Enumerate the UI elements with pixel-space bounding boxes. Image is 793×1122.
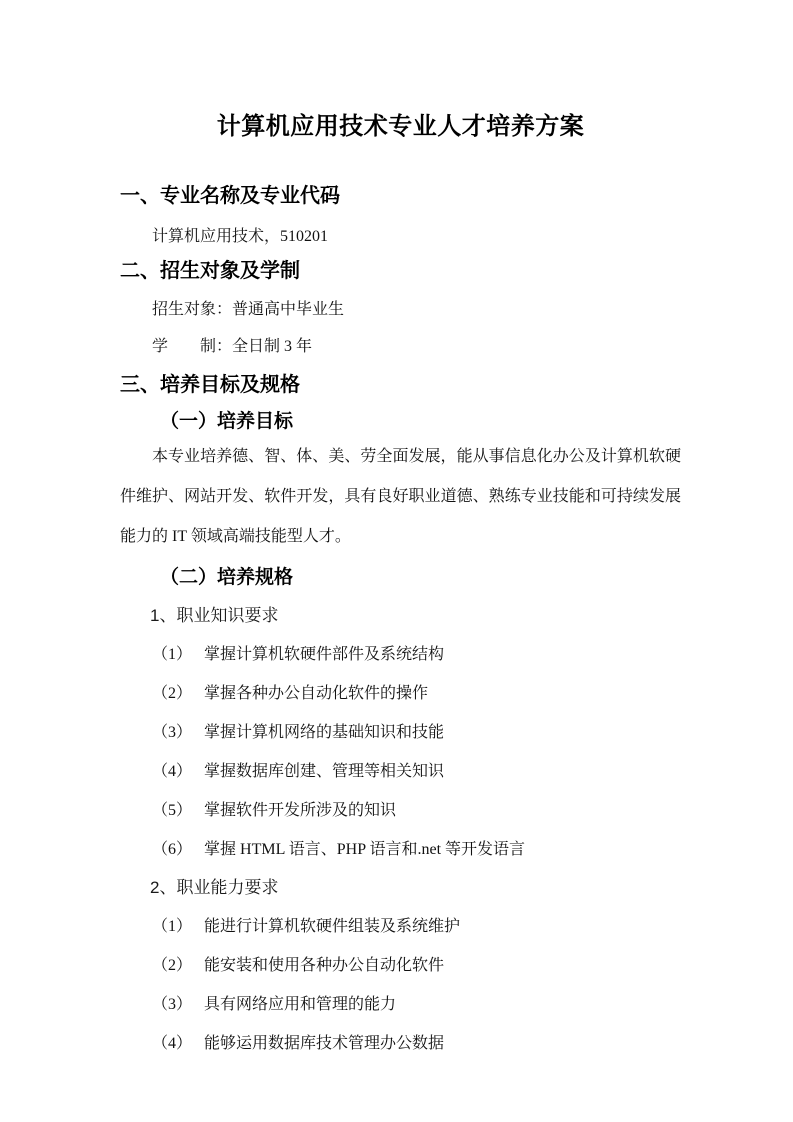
section-3-heading: 三、培养目标及规格	[120, 371, 681, 399]
item-number: （4）	[152, 763, 192, 780]
item-number: （6）	[152, 841, 192, 858]
item-number: （5）	[152, 802, 192, 819]
ability-item-4: （4）能够运用数据库技术管理办公数据	[120, 1032, 681, 1056]
schooling-length-line: 学 制：全日制 3 年	[120, 335, 681, 359]
ability-item-2: （2）能安装和使用各种办公自动化软件	[120, 954, 681, 978]
knowledge-item-6: （6）掌握 HTML 语言、PHP 语言和.net 等开发语言	[120, 838, 681, 862]
item-text: 掌握各种办公自动化软件的操作	[204, 685, 428, 702]
enrollment-target-line: 招生对象：普通高中毕业生	[120, 298, 681, 322]
ability-item-3: （3）具有网络应用和管理的能力	[120, 993, 681, 1017]
section-2-heading: 二、招生对象及学制	[120, 257, 681, 285]
section-1-heading: 一、专业名称及专业代码	[120, 182, 681, 210]
knowledge-item-5: （5）掌握软件开发所涉及的知识	[120, 799, 681, 823]
knowledge-item-2: （2）掌握各种办公自动化软件的操作	[120, 682, 681, 706]
document-title: 计算机应用技术专业人才培养方案	[120, 109, 681, 145]
subsection-training-spec-heading: （二）培养规格	[120, 565, 681, 591]
item-text: 掌握 HTML 语言、PHP 语言和.net 等开发语言	[204, 841, 525, 858]
item-number: （2）	[152, 685, 192, 702]
item-text: 掌握计算机软硬件部件及系统结构	[204, 646, 444, 663]
document-page: 计算机应用技术专业人才培养方案 一、专业名称及专业代码 计算机应用技术，5102…	[0, 0, 793, 1122]
knowledge-item-1: （1）掌握计算机软硬件部件及系统结构	[120, 643, 681, 667]
item-text: 能安装和使用各种办公自动化软件	[204, 957, 444, 974]
knowledge-requirements-heading: 1、职业知识要求	[120, 604, 681, 628]
item-text: 具有网络应用和管理的能力	[204, 996, 396, 1013]
item-text: 能进行计算机软硬件组装及系统维护	[204, 918, 460, 935]
major-name-and-code: 计算机应用技术，510201	[120, 225, 681, 249]
item-text: 掌握计算机网络的基础知识和技能	[204, 724, 444, 741]
knowledge-item-4: （4）掌握数据库创建、管理等相关知识	[120, 760, 681, 784]
ability-item-1: （1）能进行计算机软硬件组装及系统维护	[120, 915, 681, 939]
item-number: （1）	[152, 918, 192, 935]
item-text: 能够运用数据库技术管理办公数据	[204, 1035, 444, 1052]
item-text: 掌握数据库创建、管理等相关知识	[204, 763, 444, 780]
item-number: （4）	[152, 1035, 192, 1052]
ability-requirements-heading: 2、职业能力要求	[120, 876, 681, 900]
knowledge-item-3: （3）掌握计算机网络的基础知识和技能	[120, 721, 681, 745]
subsection-training-objective-heading: （一）培养目标	[120, 409, 681, 435]
item-number: （3）	[152, 724, 192, 741]
training-objective-paragraph: 本专业培养德、智、体、美、劳全面发展，能从事信息化办公及计算机软硬件维护、网站开…	[120, 437, 681, 557]
item-number: （3）	[152, 996, 192, 1013]
item-number: （2）	[152, 957, 192, 974]
item-text: 掌握软件开发所涉及的知识	[204, 802, 396, 819]
item-number: （1）	[152, 646, 192, 663]
